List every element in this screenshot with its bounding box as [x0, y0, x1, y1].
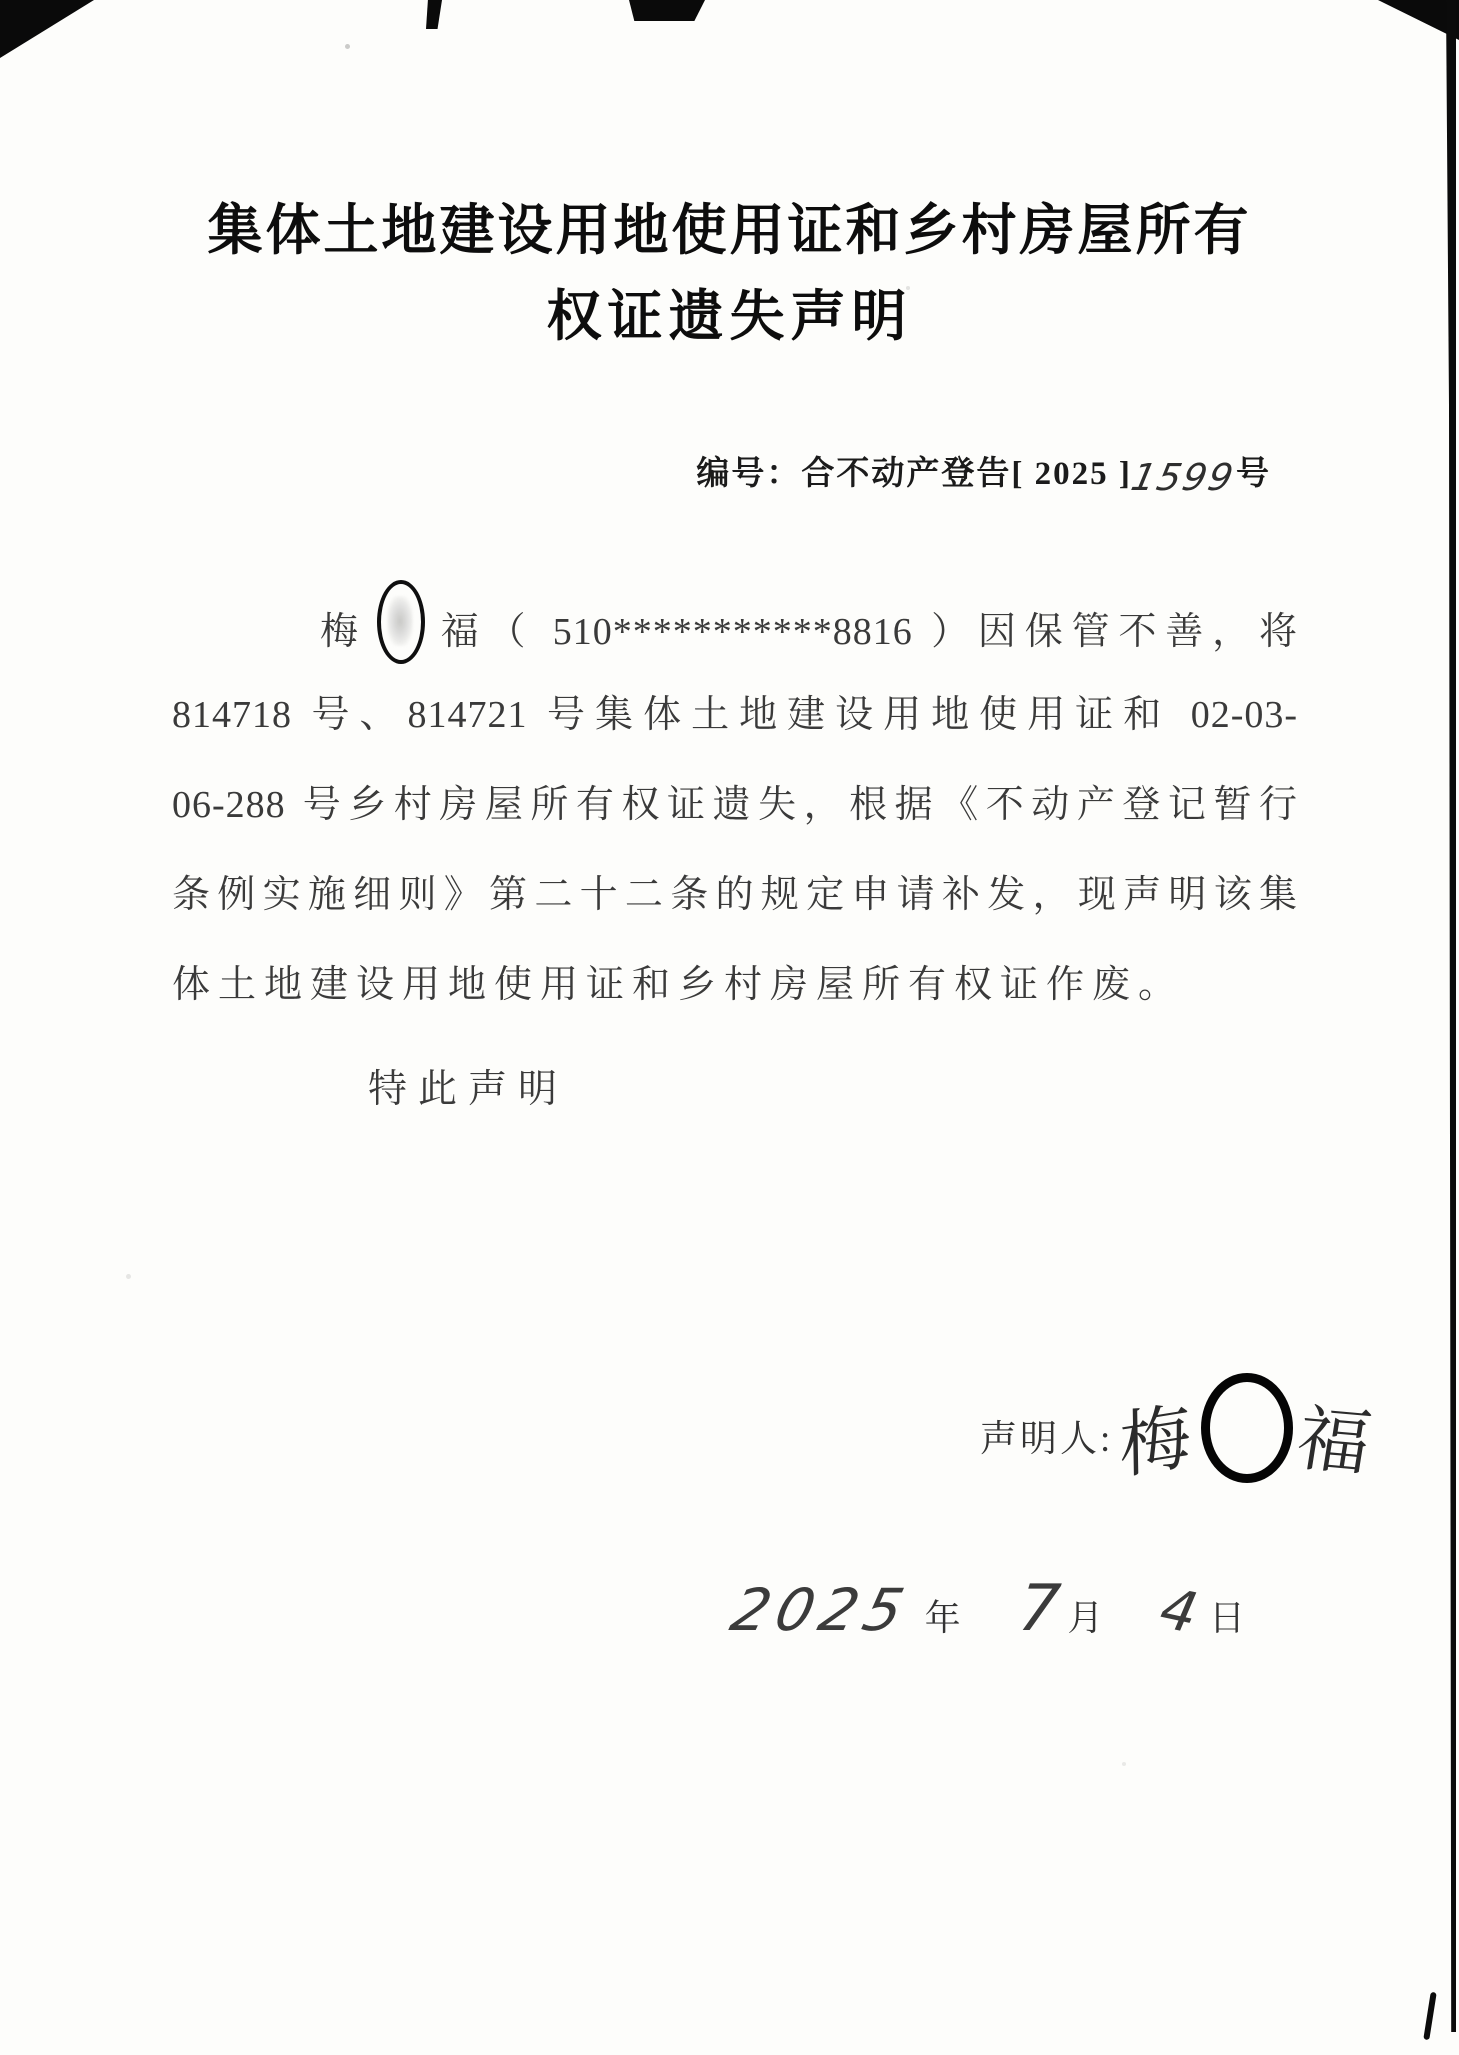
reference-number-serial-handwritten: 1599: [1127, 456, 1238, 499]
body-line-2: 814718 号、814721 号集体土地建设用地使用证和 02-03-: [172, 670, 1298, 760]
signature-given-name-handwritten: 福: [1291, 1380, 1379, 1489]
date-year-handwritten: 2025: [725, 1576, 918, 1644]
declaration-body: 梅福（ 510***********8816 ）因保管不善，将 814718 号…: [172, 580, 1298, 1030]
signature-redaction-circle: [1201, 1373, 1293, 1483]
signature-row: 声明人: 梅 福: [980, 1380, 1371, 1490]
scan-artifact-top-left-corner: [0, 0, 94, 58]
scan-artifact-top-tick-2: [629, 0, 705, 21]
scan-noise-dot: [345, 44, 350, 49]
erased-character-smudge: [387, 596, 413, 646]
scan-noise-dot: [1122, 1762, 1126, 1766]
reference-number-label: 编号：合不动产登告: [696, 456, 1011, 492]
redaction-oval: [377, 580, 425, 664]
date-day-unit: 日: [1209, 1590, 1245, 1641]
body-line-3: 06-288 号乡村房屋所有权证遗失，根据《不动产登记暂行: [172, 760, 1298, 850]
scan-noise-dot: [126, 1274, 131, 1279]
document-title-line2: 权证遗失声明: [0, 274, 1459, 360]
date-month-unit: 月: [1067, 1590, 1103, 1641]
date-row: 2025 年 7 月 4 日: [733, 1572, 1245, 1646]
body-line-1: 梅福（ 510***********8816 ）因保管不善，将: [172, 580, 1298, 670]
body-line-1-text: 福（ 510***********8816 ）因保管不善，将: [433, 611, 1298, 653]
body-line-4: 条例实施细则》第二十二条的规定申请补发，现声明该集: [172, 850, 1298, 940]
reference-number-unit: 号: [1236, 456, 1271, 492]
document-title-line1: 集体土地建设用地使用证和乡村房屋所有: [0, 188, 1459, 274]
scan-artifact-top-tick-1: [426, 0, 442, 29]
scanned-declaration-document: 集体土地建设用地使用证和乡村房屋所有 权证遗失声明 编号：合不动产登告[ 202…: [0, 0, 1459, 2055]
scan-artifact-right-edge-hook: [1423, 1992, 1436, 2040]
date-year-unit: 年: [925, 1590, 961, 1641]
date-day-handwritten: 4: [1155, 1576, 1203, 1647]
body-line-5: 体土地建设用地使用证和乡村房屋所有权证作废。: [172, 940, 1298, 1030]
reference-number-bracket-year: [ 2025 ]: [1011, 456, 1131, 492]
date-month-handwritten: 7: [1015, 1572, 1063, 1646]
reference-number-line: 编号：合不动产登告[ 2025 ]1599号: [696, 447, 1271, 494]
document-title: 集体土地建设用地使用证和乡村房屋所有 权证遗失声明: [0, 188, 1459, 360]
closing-statement: 特此声明: [368, 1058, 568, 1114]
declarant-label: 声明人:: [980, 1408, 1113, 1462]
signature-surname-handwritten: 梅: [1119, 1377, 1192, 1493]
declarant-surname: 梅: [320, 611, 367, 653]
